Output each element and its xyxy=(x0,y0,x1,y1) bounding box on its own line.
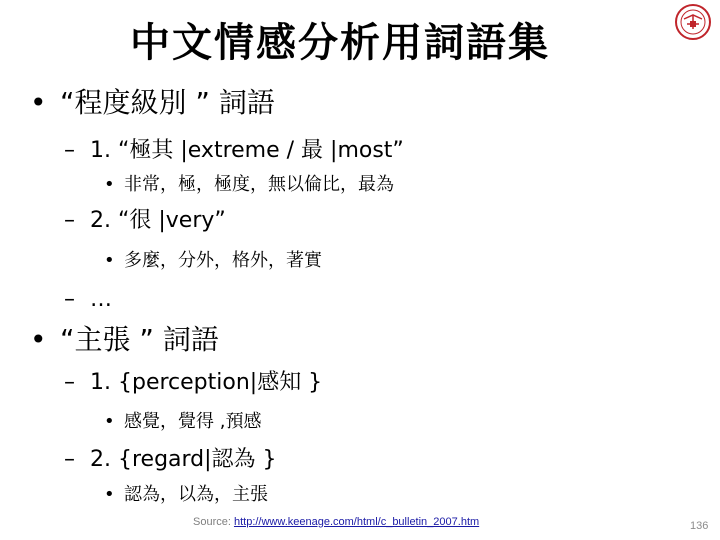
dash-icon: – xyxy=(64,446,90,474)
subitem-label: 1. “極其 |extreme / 最 |most” xyxy=(90,138,404,163)
section-label: “主張 ” 詞語 xyxy=(60,323,219,356)
subitem-label: 2. “很 |very” xyxy=(90,208,226,233)
source-citation: Source: http://www.keenage.com/html/c_bu… xyxy=(193,516,479,528)
examples-very: •多麼，分外，格外，著實 xyxy=(104,249,322,273)
subitem-extreme: –1. “極其 |extreme / 最 |most” xyxy=(64,137,404,165)
subitem-label: 2. {regard|認為 } xyxy=(90,447,277,472)
bullet-icon: • xyxy=(30,86,60,120)
source-link[interactable]: http://www.keenage.com/html/c_bulletin_2… xyxy=(234,516,479,528)
subitem-ellipsis: –… xyxy=(64,286,112,314)
examples-perception: •感覺，覺得 ,預感 xyxy=(104,410,261,434)
dash-icon: – xyxy=(64,369,90,397)
bullet-icon: • xyxy=(104,483,124,507)
bullet-icon: • xyxy=(104,249,124,273)
examples-extreme: •非常，極，極度，無以倫比，最為 xyxy=(104,173,394,197)
dash-icon: – xyxy=(64,286,90,314)
section-claim-words: •“主張 ” 詞語 xyxy=(30,323,219,357)
subitem-perception: –1. {perception|感知 } xyxy=(64,369,322,397)
bullet-icon: • xyxy=(30,323,60,357)
page-number: 136 xyxy=(690,520,708,532)
subitem-very: –2. “很 |very” xyxy=(64,207,226,235)
slide-title: 中文情感分析用詞語集 xyxy=(0,18,680,68)
section-label: “程度級別 ” 詞語 xyxy=(60,86,275,119)
examples-text: 多麼，分外，格外，著實 xyxy=(124,250,322,271)
dash-icon: – xyxy=(64,207,90,235)
examples-regard: •認為，以為，主張 xyxy=(104,483,268,507)
examples-text: 感覺，覺得 ,預感 xyxy=(124,411,261,432)
section-degree-words: •“程度級別 ” 詞語 xyxy=(30,86,275,120)
subitem-label: 1. {perception|感知 } xyxy=(90,370,322,395)
source-prefix: Source: xyxy=(193,516,234,528)
bullet-icon: • xyxy=(104,173,124,197)
dash-icon: – xyxy=(64,137,90,165)
examples-text: 非常，極，極度，無以倫比，最為 xyxy=(124,174,394,195)
university-seal-icon xyxy=(673,2,713,42)
subitem-regard: –2. {regard|認為 } xyxy=(64,446,277,474)
subitem-label: … xyxy=(90,287,112,312)
examples-text: 認為，以為，主張 xyxy=(124,484,268,505)
bullet-icon: • xyxy=(104,410,124,434)
